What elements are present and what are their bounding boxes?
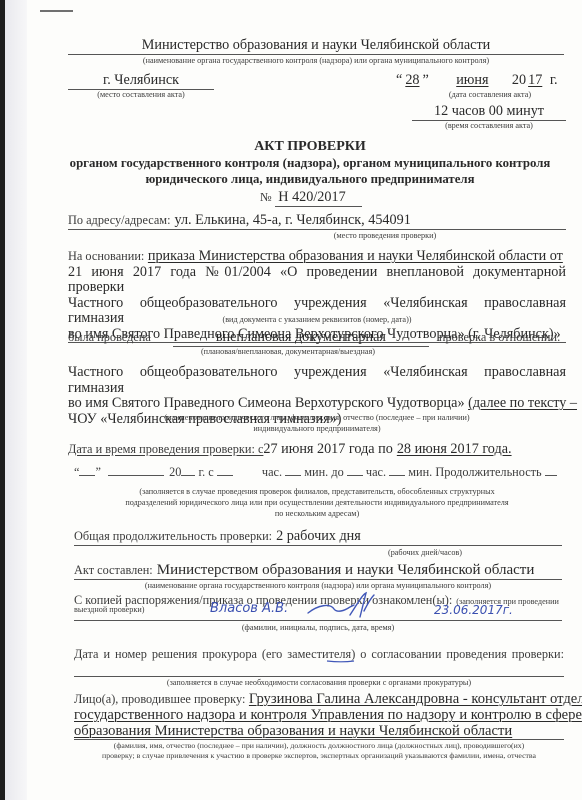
authority-name: Министерство образования и науки Челябин… <box>68 36 564 55</box>
period-row: Дата и время проведения проверки: с27 ию… <box>68 440 512 458</box>
duration-caption: (рабочих дней/часов) <box>360 548 490 557</box>
branch-hours-label: час. <box>262 465 282 479</box>
branch-hour2-blank <box>347 475 363 476</box>
number-value: Н 420/2017 <box>275 189 361 207</box>
duration-value: 2 рабочих дня <box>276 528 361 544</box>
branch-caption-2: подразделений юридического лица или при … <box>68 498 566 507</box>
basis-caption: (вид документа с указанием реквизитов (н… <box>68 315 566 324</box>
ack-line: выездной проверки) Власов А.В. 23.06.201… <box>74 603 562 621</box>
address-value: ул. Елькина, 45-а, г. Челябинск, 454091 <box>174 212 410 228</box>
composed-row: Акт составлен: Министерством образования… <box>74 561 562 580</box>
branch-hour-blank <box>217 475 233 476</box>
branch-duration-label: мин. Продолжительность <box>408 465 541 479</box>
branch-minutes-blank <box>285 475 301 476</box>
subject-line-1: Частного общеобразовательного учреждения… <box>68 365 566 396</box>
handwritten-date: 23.06.2017г. <box>434 603 513 617</box>
inspector-block: Лицо(а), проводившее проверку: Грузинова… <box>74 691 564 740</box>
inspector-caption-2: проверку; в случае привлечения к участию… <box>74 751 564 760</box>
conducted-suffix: проверка в отношении: <box>439 330 561 344</box>
branch-minutes-to: мин. до <box>304 465 344 479</box>
number-sign: № <box>260 190 272 204</box>
basis-line-2: 21 июня 2017 года №01/2004 «О проведении… <box>68 265 566 296</box>
branch-quote-open: “ <box>74 465 79 479</box>
subject-line-2-tail: (далее по тексту – <box>468 395 577 411</box>
ack-caption: (фамилии, инициалы, подпись, дата, время… <box>74 623 562 632</box>
address-caption: (место проведения проверки) <box>310 231 460 240</box>
date-year-suffix: 17 <box>526 72 544 88</box>
authority-caption: (наименование органа государственного ко… <box>68 56 564 65</box>
ack-note-2: выездной проверки) <box>74 605 144 614</box>
act-date: “28” июня 2017 г. <box>396 72 558 89</box>
branch-year-prefix: 20 <box>169 465 181 479</box>
quote-close: ” <box>423 72 429 88</box>
date-month: июня <box>440 72 504 89</box>
time-caption: (время составления акта) <box>412 121 566 130</box>
basis-label: На основании: <box>68 249 144 263</box>
date-year-prefix: 20 <box>512 72 526 88</box>
composed-value: Министерством образования и науки Челяби… <box>157 562 535 578</box>
act-subtitle-2: юридического лица, индивидуального предп… <box>60 172 560 187</box>
branch-caption-1: (заполняется в случае проведения проверо… <box>68 487 566 496</box>
subject-caption-1: (наименование юридического лица, фамилия… <box>68 413 566 422</box>
prosecutor-label: Дата и номер решения прокурора (его заме… <box>74 646 564 662</box>
period-label: Дата и время проведения проверки: с <box>68 442 263 456</box>
period-from: 27 июня 2017 года по <box>263 441 392 457</box>
branch-caption-3: по нескольким адресам) <box>68 509 566 518</box>
conducted-row: была проведена внеплановая документарная… <box>68 328 566 346</box>
branch-month-blank <box>108 475 164 476</box>
duration-label: Общая продолжительность проверки: <box>74 529 272 543</box>
inspector-line-2: государственного надзора и контроля Упра… <box>74 707 564 723</box>
address-label: По адресу/адресам: <box>68 213 170 227</box>
act-number: № Н 420/2017 <box>260 189 362 207</box>
composed-label: Акт составлен: <box>74 563 153 577</box>
inspector-line-1: Грузинова Галина Александровна - консуль… <box>249 691 582 707</box>
prosecutor-caption: (заполняется в случае необходимости согл… <box>74 678 564 687</box>
place-caption: (место составления акта) <box>68 90 214 99</box>
prosecutor-line <box>74 664 564 677</box>
branch-from: г. с <box>198 465 213 479</box>
basis-line-1: приказа Министерства образования и науки… <box>148 248 563 264</box>
inspector-caption-1: (фамилия, имя, отчество (последнее – при… <box>74 741 564 750</box>
composed-caption: (наименование органа государственного ко… <box>74 581 562 590</box>
branch-day-blank <box>79 475 95 476</box>
date-day: 28 <box>402 72 422 88</box>
document-page: Министерство образования и науки Челябин… <box>0 0 582 800</box>
branch-duration-blank <box>545 475 557 476</box>
act-subtitle-1: органом государственного контроля (надзо… <box>60 156 560 171</box>
subject-caption-2: индивидуального предпринимателя) <box>68 424 566 433</box>
duration-row: Общая продолжительность проверки: 2 рабо… <box>74 527 562 546</box>
signature-icon <box>304 591 380 621</box>
act-title: АКТ ПРОВЕРКИ <box>60 139 560 155</box>
place-value: г. Челябинск <box>68 72 214 90</box>
inspector-label: Лицо(а), проводившее проверку: <box>74 692 245 706</box>
conducted-caption: (плановая/внеплановая, документарная/вые… <box>160 347 416 356</box>
branch-row: “” 20 г. с час. мин. до час. мин. Продол… <box>74 464 582 480</box>
period-to: 28 июня 2017 года. <box>397 441 512 457</box>
inspector-line-3: образования Министерства образования и н… <box>74 723 512 739</box>
date-year-unit: г. <box>550 72 558 88</box>
branch-year-blank <box>181 475 195 476</box>
date-caption: (дата составления акта) <box>440 90 540 99</box>
subject-line-2: во имя Святого Праведного Симеона Верхот… <box>68 395 465 411</box>
handwritten-name: Власов А.В. <box>210 601 288 616</box>
address-row: По адресу/адресам: ул. Елькина, 45-а, г.… <box>68 211 566 230</box>
act-time: 12 часов 00 минут <box>412 103 566 121</box>
conducted-label: была проведена <box>68 330 151 344</box>
branch-hours2-label: час. <box>366 465 386 479</box>
conducted-value: внеплановая документарная <box>173 328 429 347</box>
branch-minutes2-blank <box>389 475 405 476</box>
branch-quote-close: ” <box>95 465 100 479</box>
